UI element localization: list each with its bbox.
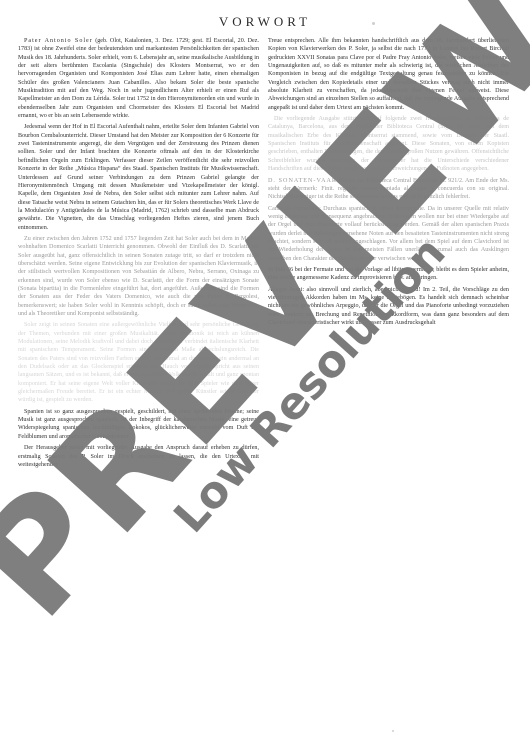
right-text-column: Treue entsprechen. Alle ihm bekannten ha… bbox=[268, 37, 509, 330]
paragraph-scarlatti: Zu einer zwischen den Jahren 1752 und 17… bbox=[18, 235, 259, 318]
page-title: VORWORT bbox=[0, 14, 530, 30]
paragraph-fermata: In Takt 36 bei der Fermate und wo die Vo… bbox=[268, 266, 509, 283]
paragraph-cantabile: Cantabile-Andantino: Durchaus spanisch i… bbox=[268, 205, 509, 263]
paragraph-editor: Der Herausgeber meint mit vorliegender A… bbox=[18, 444, 259, 469]
paragraph-court: Jedesmal wenn der Hof in El Escorial Auf… bbox=[18, 123, 259, 231]
left-text-column: Pater Antonio Soler (geb. Olot, Kataloni… bbox=[18, 37, 259, 472]
scan-speck bbox=[392, 730, 394, 732]
paragraph-character: Spanien ist so ganz ausgesprochen gespie… bbox=[18, 408, 259, 441]
document-page: VORWORT Pater Antonio Soler (geb. Olot, … bbox=[0, 0, 530, 750]
composer-name: Pater Antonio Soler bbox=[24, 38, 93, 44]
paragraph-sources: Treue entsprechen. Alle ihm bekannten ha… bbox=[268, 37, 509, 112]
paragraph-intro: Pater Antonio Soler (geb. Olot, Kataloni… bbox=[18, 37, 259, 120]
paragraph-manuscripts: Die vorliegende Ausgabe stützt sich auf … bbox=[268, 115, 509, 173]
paragraph-sonaten-vaar: D. SONATEN-VAAR Beider aus Biblioteca Ce… bbox=[268, 177, 509, 202]
scan-speck bbox=[372, 22, 375, 25]
paragraph-allegro: Allegro Assai: also sinnvoll und zierlic… bbox=[268, 286, 509, 328]
paragraph-sonatas: Soler zeigt in seinen Sonaten eine außer… bbox=[18, 321, 259, 404]
